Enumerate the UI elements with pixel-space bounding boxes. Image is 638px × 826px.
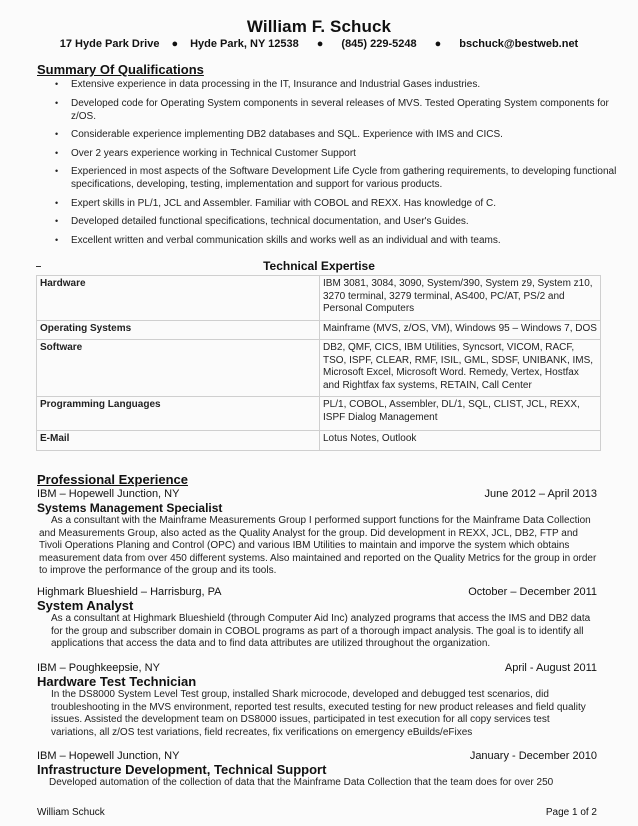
list-item: •Experienced in most aspects of the Soft… xyxy=(0,165,620,191)
bullet-icon: • xyxy=(55,128,58,141)
row-label: Hardware xyxy=(37,276,320,321)
job-description: In the DS8000 System Level Test group, i… xyxy=(37,689,597,739)
resume-page: William F. Schuck 17 Hyde Park Drive●Hyd… xyxy=(0,0,638,826)
job-role: Systems Management Specialist xyxy=(37,501,597,515)
row-value: Mainframe (MVS, z/OS, VM), Windows 95 – … xyxy=(320,320,601,340)
job-description: As a consultant with the Mainframe Measu… xyxy=(37,515,597,578)
list-item: •Expert skills in PL/1, JCL and Assemble… xyxy=(0,197,620,210)
list-item: •Extensive experience in data processing… xyxy=(0,78,620,91)
bullet-icon: • xyxy=(55,165,58,178)
bullet-icon: • xyxy=(55,97,58,110)
job-entry: Highmark Blueshield – Harrisburg, PAOcto… xyxy=(37,585,597,651)
job-role: Hardware Test Technician xyxy=(37,675,597,689)
list-item: •Over 2 years experience working in Tech… xyxy=(0,147,620,160)
bullet-icon: • xyxy=(55,78,58,91)
table-row: Software DB2, QMF, CICS, IBM Utilities, … xyxy=(37,340,601,397)
list-item: •Considerable experience implementing DB… xyxy=(0,128,620,141)
row-value: PL/1, COBOL, Assembler, DL/1, SQL, CLIST… xyxy=(320,397,601,431)
table-row: Programming Languages PL/1, COBOL, Assem… xyxy=(37,397,601,431)
job-entry: IBM – Poughkeepsie, NYApril - August 201… xyxy=(37,661,597,739)
row-value: Lotus Notes, Outlook xyxy=(320,431,601,451)
contact-phone: (845) 229-5248 xyxy=(341,38,416,50)
job-company: IBM – Poughkeepsie, NY xyxy=(37,661,160,675)
page-footer: William Schuck Page 1 of 2 xyxy=(37,807,597,818)
qualifications-list: •Extensive experience in data processing… xyxy=(0,78,620,252)
bullet-icon: • xyxy=(55,197,58,210)
footer-author: William Schuck xyxy=(37,807,105,818)
separator-bullet: ● xyxy=(435,38,442,50)
row-value: IBM 3081, 3084, 3090, System/390, System… xyxy=(320,276,601,321)
contact-email[interactable]: bschuck@bestweb.net xyxy=(459,38,578,50)
separator-bullet: ● xyxy=(317,38,324,50)
job-dates: January - December 2010 xyxy=(470,749,597,763)
technical-expertise-heading: Technical Expertise xyxy=(0,259,638,273)
list-item: •Excellent written and verbal communicat… xyxy=(0,234,620,247)
page-number: Page 1 of 2 xyxy=(546,807,597,818)
table-row: Operating Systems Mainframe (MVS, z/OS, … xyxy=(37,320,601,340)
job-entry: IBM – Hopewell Junction, NYJanuary - Dec… xyxy=(37,749,597,790)
job-entry: IBM – Hopewell Junction, NYJune 2012 – A… xyxy=(37,487,597,578)
job-dates: June 2012 – April 2013 xyxy=(484,487,597,501)
job-description: As a consultant at Highmark Blueshield (… xyxy=(37,613,597,651)
list-item: •Developed detailed functional specifica… xyxy=(0,215,620,228)
table-row: Hardware IBM 3081, 3084, 3090, System/39… xyxy=(37,276,601,321)
row-value: DB2, QMF, CICS, IBM Utilities, Syncsort,… xyxy=(320,340,601,397)
summary-heading: Summary Of Qualifications xyxy=(37,62,204,77)
row-label: Programming Languages xyxy=(37,397,320,431)
job-role: Infrastructure Development, Technical Su… xyxy=(37,763,597,777)
contact-line: 17 Hyde Park Drive●Hyde Park, NY 12538●(… xyxy=(0,38,638,50)
job-company: IBM – Hopewell Junction, NY xyxy=(37,487,179,501)
separator-bullet: ● xyxy=(171,38,178,50)
table-row: E-Mail Lotus Notes, Outlook xyxy=(37,431,601,451)
bullet-icon: • xyxy=(55,215,58,228)
bullet-icon: • xyxy=(55,234,58,247)
bullet-icon: • xyxy=(55,147,58,160)
contact-city: Hyde Park, NY 12538 xyxy=(190,38,299,50)
technical-expertise-table: Hardware IBM 3081, 3084, 3090, System/39… xyxy=(36,275,601,451)
list-item: •Developed code for Operating System com… xyxy=(0,97,620,123)
job-dates: October – December 2011 xyxy=(468,585,597,599)
contact-address: 17 Hyde Park Drive xyxy=(60,38,160,50)
row-label: Software xyxy=(37,340,320,397)
job-company: IBM – Hopewell Junction, NY xyxy=(37,749,179,763)
job-role: System Analyst xyxy=(37,599,597,613)
job-description: Developed automation of the collection o… xyxy=(37,777,597,790)
job-company: Highmark Blueshield – Harrisburg, PA xyxy=(37,585,221,599)
experience-heading: Professional Experience xyxy=(37,472,188,487)
job-dates: April - August 2011 xyxy=(505,661,597,675)
row-label: E-Mail xyxy=(37,431,320,451)
candidate-name: William F. Schuck xyxy=(0,17,638,37)
row-label: Operating Systems xyxy=(37,320,320,340)
